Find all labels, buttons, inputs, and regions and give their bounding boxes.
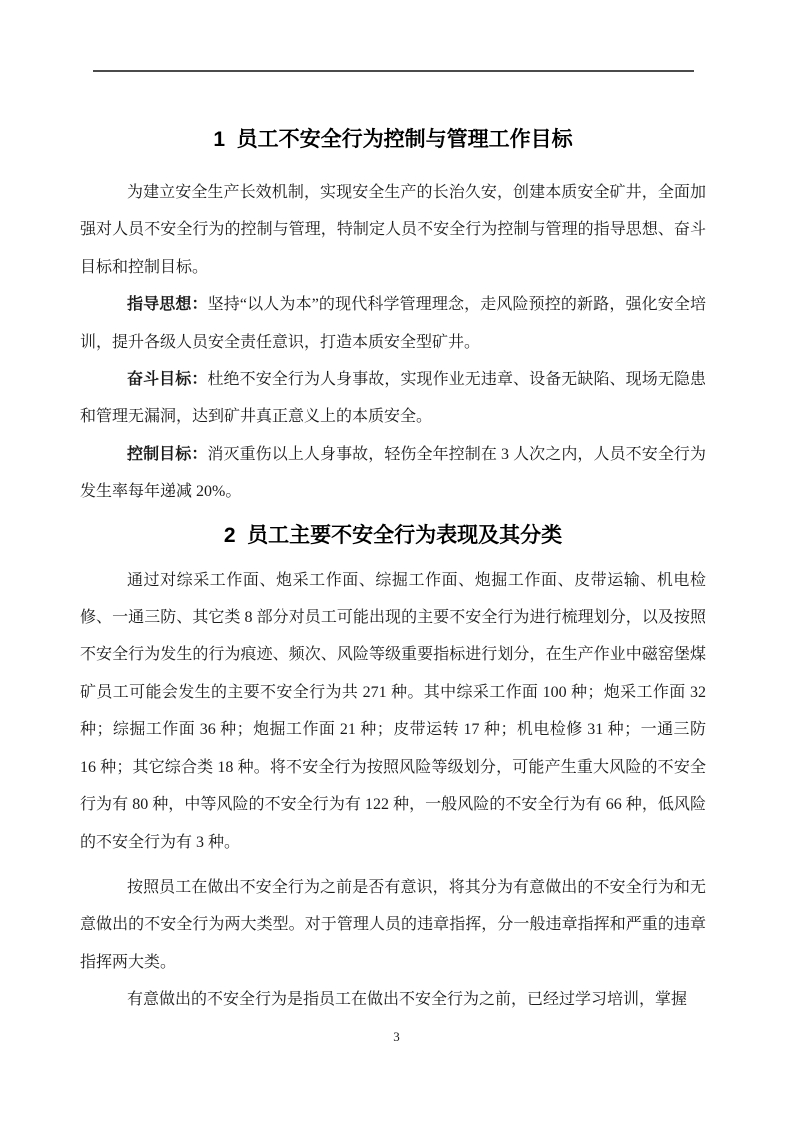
page-footer: 3: [0, 1029, 793, 1045]
section-1-heading: 1 员工不安全行为控制与管理工作目标: [80, 123, 706, 157]
paragraph-striving-goal: 奋斗目标：杜绝不安全行为人身事故，实现作业无违章、设备无缺陷、现场无隐患和管理无…: [80, 361, 706, 436]
paragraph-intentional-definition: 有意做出的不安全行为是指员工在做出不安全行为之前，已经过学习培训，掌握: [80, 981, 706, 1018]
document-page: 1 员工不安全行为控制与管理工作目标 为建立安全生产长效机制，实现安全生产的长治…: [0, 0, 793, 1122]
guiding-principle-label: 指导思想：: [127, 296, 208, 313]
striving-goal-label: 奋斗目标：: [127, 371, 207, 388]
page-number: 3: [393, 1029, 400, 1044]
paragraph-section1-intro: 为建立安全生产长效机制，实现安全生产的长治久安，创建本质安全矿井，全面加强对人员…: [80, 174, 706, 286]
page-content: 1 员工不安全行为控制与管理工作目标 为建立安全生产长效机制，实现安全生产的长治…: [80, 0, 706, 1019]
paragraph-behavior-classification: 通过对综采工作面、炮采工作面、综掘工作面、炮掘工作面、皮带运输、机电检修、一通三…: [80, 562, 706, 861]
paragraph-control-goal: 控制目标：消灭重伤以上人身事故，轻伤全年控制在 3 人次之内，人员不安全行为发生…: [80, 436, 706, 511]
paragraph-guiding-principle: 指导思想：坚持“以人为本”的现代科学管理理念，走风险预控的新路，强化安全培训，提…: [80, 286, 706, 361]
control-goal-label: 控制目标：: [127, 446, 207, 463]
section-2-heading: 2 员工主要不安全行为表现及其分类: [80, 519, 706, 553]
paragraph-intentional-unintentional: 按照员工在做出不安全行为之前是否有意识，将其分为有意做出的不安全行为和无意做出的…: [80, 869, 706, 981]
